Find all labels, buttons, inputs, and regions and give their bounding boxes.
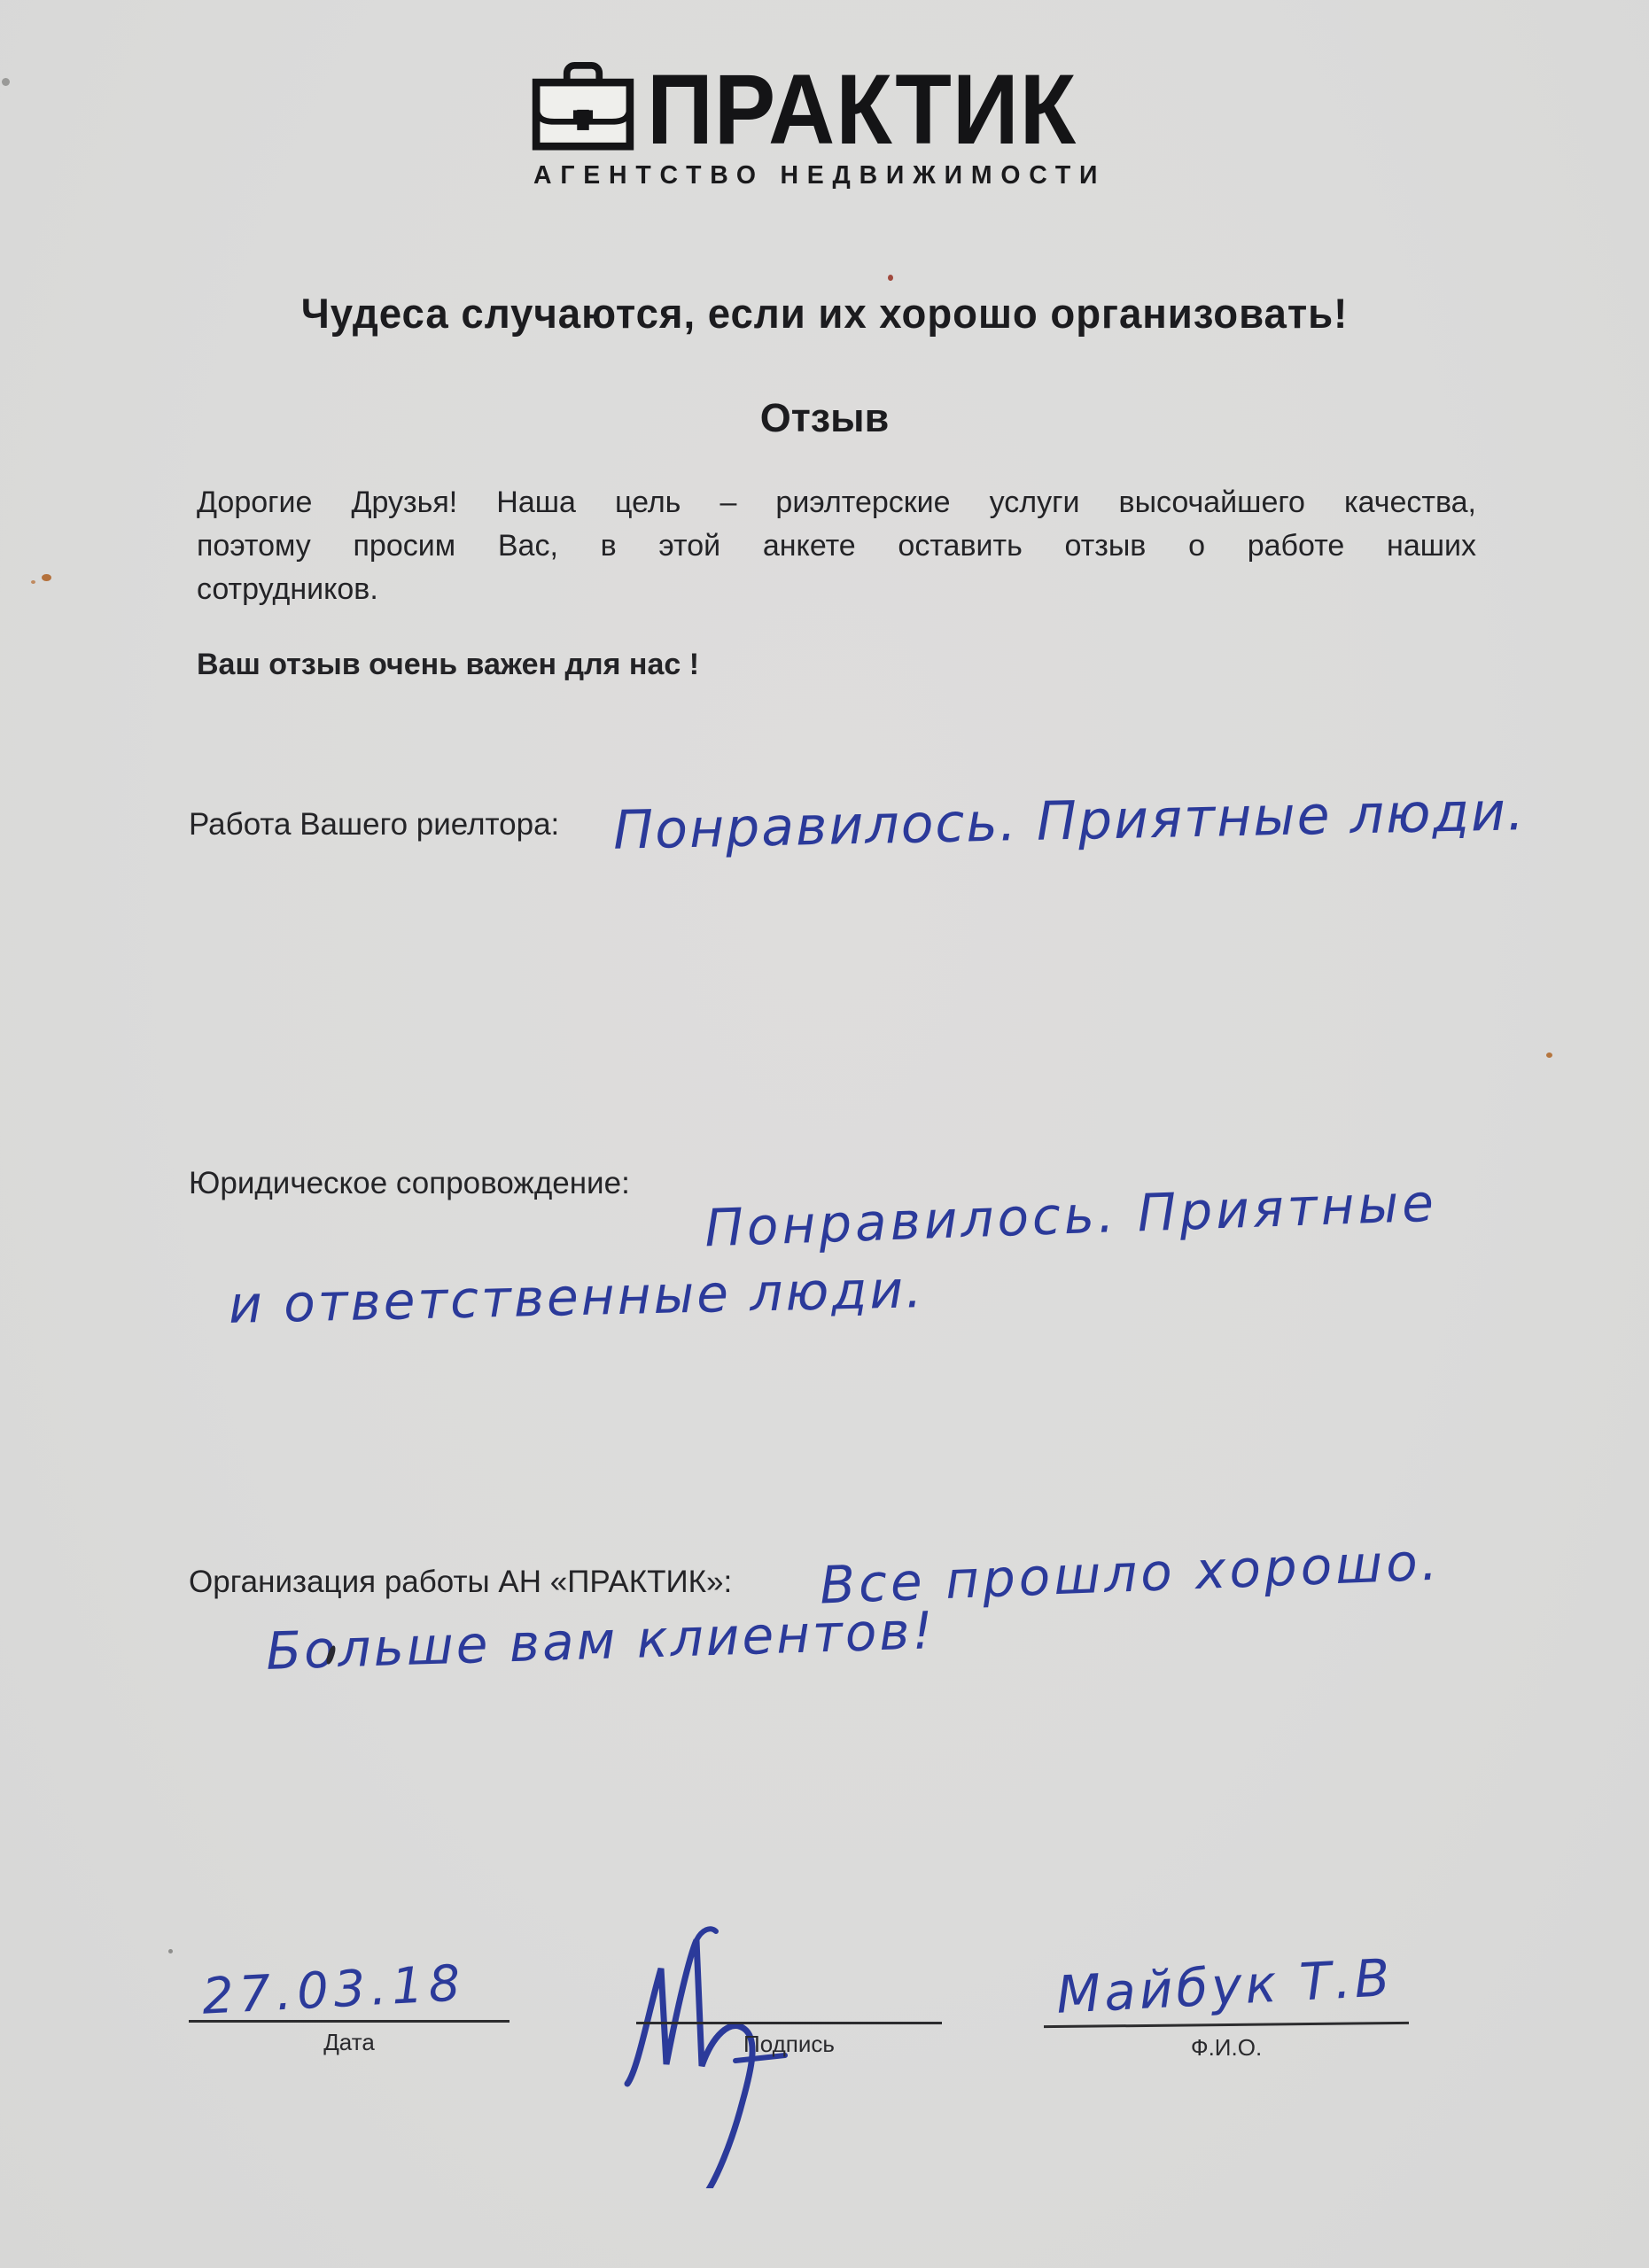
name-value: Майбук Т.В <box>1054 1947 1395 2025</box>
form-title: Отзыв <box>0 395 1649 441</box>
brand-subtitle: АГЕНТСТВО НЕДВИЖИМОСТИ <box>533 161 1134 190</box>
date-label: Дата <box>189 2029 509 2056</box>
date-line <box>189 2020 509 2023</box>
scanned-feedback-form: ПРАКТИК АГЕНТСТВО НЕДВИЖИМОСТИ Чудеса сл… <box>0 0 1649 2268</box>
brand-name: ПРАКТИК <box>647 69 1077 151</box>
handwritten-answer-organization-line2: Больше вам клиентов! <box>265 1600 937 1682</box>
briefcase-icon <box>532 62 634 151</box>
intro-line: сотрудников. <box>197 568 1476 611</box>
scan-artifact <box>1546 1052 1552 1058</box>
intro-paragraph: Дорогие Друзья! Наша цель – риэлтерские … <box>197 481 1476 611</box>
scan-artifact <box>2 78 10 86</box>
question-label-organization: Организация работы АН «ПРАКТИК»: <box>189 1565 732 1600</box>
handwritten-answer-legal-line1: Понравилось. Приятные <box>704 1173 1438 1259</box>
scan-artifact <box>168 1949 173 1953</box>
headline: Чудеса случаются, если их хорошо организ… <box>25 289 1624 338</box>
handwritten-answer-realtor: Понравилось. Приятные люди. <box>612 781 1526 862</box>
agency-logo: ПРАКТИК АГЕНТСТВО НЕДВИЖИМОСТИ <box>0 53 1649 204</box>
question-label-realtor: Работа Вашего риелтора: <box>189 807 559 843</box>
handwritten-answer-legal-line2: и ответственные люди. <box>228 1259 925 1335</box>
question-label-legal: Юридическое сопровождение: <box>189 1166 630 1201</box>
date-value: 27.03.18 <box>201 1954 467 2025</box>
scan-artifact <box>31 580 35 584</box>
signature-label: Подпись <box>636 2031 942 2058</box>
name-label: Ф.И.О. <box>1044 2034 1409 2062</box>
scan-artifact <box>42 574 51 581</box>
importance-note: Ваш отзыв очень важен для нас ! <box>197 648 699 682</box>
intro-line: поэтому просим Вас, в этой анкете остави… <box>197 524 1476 568</box>
signature-line <box>636 2022 942 2024</box>
intro-line: Дорогие Друзья! Наша цель – риэлтерские … <box>197 481 1476 524</box>
scan-artifact <box>888 275 893 281</box>
